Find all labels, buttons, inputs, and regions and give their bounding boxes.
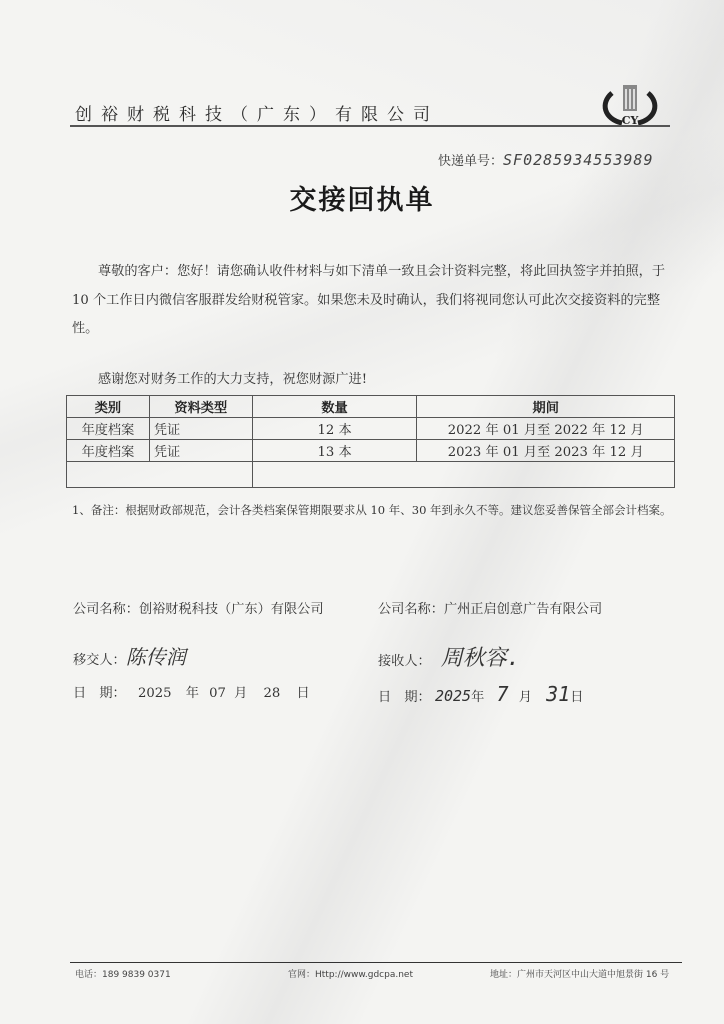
- company-header: 创裕财税科技（广东）有限公司: [75, 100, 439, 125]
- day-unit: 日: [570, 690, 583, 705]
- sender-person-label: 移交人：: [73, 653, 126, 668]
- header-category: 类别: [67, 396, 150, 418]
- receiver-company-name: 广州正启创意广告有限公司: [444, 602, 602, 617]
- receiver-date: 日 期： 2025年 7 月 31日: [378, 682, 583, 706]
- receiver-company: 公司名称：广州正启创意广告有限公司: [378, 598, 602, 617]
- company-logo-icon: CY: [598, 83, 662, 127]
- sender-date-year: 2025: [138, 686, 172, 701]
- receiver-date-year: 2025: [435, 687, 471, 705]
- sender-date-label: 日 期：: [73, 686, 126, 701]
- sender-signature: 陈传润: [126, 645, 186, 669]
- cell-period: 2022 年 01 月至 2022 年 12 月: [417, 418, 675, 440]
- thanks-line: 感谢您对财务工作的大力支持，祝您财源广进!: [98, 368, 367, 387]
- tracking-value: SF0285934553989: [503, 151, 653, 169]
- receiver-company-label: 公司名称：: [378, 602, 444, 617]
- remark-note: 1、备注：根据财政部规范，会计各类档案保管期限要求从 10 年、30 年到永久不…: [72, 496, 682, 524]
- day-unit: 日: [296, 686, 309, 701]
- cell-type: 凭证: [149, 440, 252, 462]
- receiver-date-day: 31: [546, 682, 570, 706]
- receiver-date-label: 日 期：: [378, 690, 431, 705]
- cell-quantity: 12 本: [252, 418, 417, 440]
- sender-company-label: 公司名称：: [73, 602, 139, 617]
- sender-date-month: 07: [209, 686, 226, 701]
- tracking-number: 快递单号：SF0285934553989: [438, 150, 653, 169]
- receiver-person-label: 接收人：: [378, 654, 431, 669]
- intro-paragraph: 尊敬的客户：您好！请您确认收件材料与如下清单一致且会计资料完整，将此回执签字并拍…: [72, 258, 682, 344]
- handover-table: 类别 资料类型 数量 期间 年度档案 凭证 12 本 2022 年 01 月至 …: [66, 395, 675, 488]
- sender-person: 移交人：陈传润: [73, 641, 186, 670]
- table-row: 年度档案 凭证 13 本 2023 年 01 月至 2023 年 12 月: [67, 440, 675, 462]
- cell-period: 2023 年 01 月至 2023 年 12 月: [417, 440, 675, 462]
- table-header-row: 类别 资料类型 数量 期间: [67, 396, 675, 418]
- tracking-label: 快递单号：: [438, 154, 503, 169]
- footer-phone: 电话：189 9839 0371: [75, 967, 171, 980]
- cell-empty: [252, 462, 674, 488]
- sender-company: 公司名称：创裕财税科技（广东）有限公司: [73, 598, 324, 617]
- month-unit: 月: [519, 690, 532, 705]
- month-unit: 月: [234, 686, 247, 701]
- header-quantity: 数量: [252, 396, 417, 418]
- footer-address: 地址：广州市天河区中山大道中旭景街 16 号: [490, 967, 669, 980]
- footer-website: 官网：Http://www.gdcpa.net: [288, 967, 413, 980]
- cell-category: 年度档案: [67, 440, 150, 462]
- header-divider: [70, 125, 670, 127]
- cell-category: 年度档案: [67, 418, 150, 440]
- receiver-date-month: 7: [496, 682, 508, 706]
- sender-company-name: 创裕财税科技（广东）有限公司: [139, 602, 324, 617]
- table-row-empty: [67, 462, 675, 488]
- cell-empty: [67, 462, 253, 488]
- sender-date: 日 期： 2025 年 07 月 28 日: [73, 682, 310, 701]
- header-period: 期间: [417, 396, 675, 418]
- header-type: 资料类型: [149, 396, 252, 418]
- receiver-person: 接收人：周秋容.: [378, 641, 520, 672]
- page-title: 交接回执单: [0, 178, 724, 217]
- footer-divider: [70, 962, 682, 963]
- cell-quantity: 13 本: [252, 440, 417, 462]
- sender-date-day: 28: [263, 686, 280, 701]
- cell-type: 凭证: [149, 418, 252, 440]
- year-unit: 年: [471, 690, 484, 705]
- year-unit: 年: [186, 686, 199, 701]
- receiver-signature: 周秋容.: [441, 646, 520, 671]
- table-row: 年度档案 凭证 12 本 2022 年 01 月至 2022 年 12 月: [67, 418, 675, 440]
